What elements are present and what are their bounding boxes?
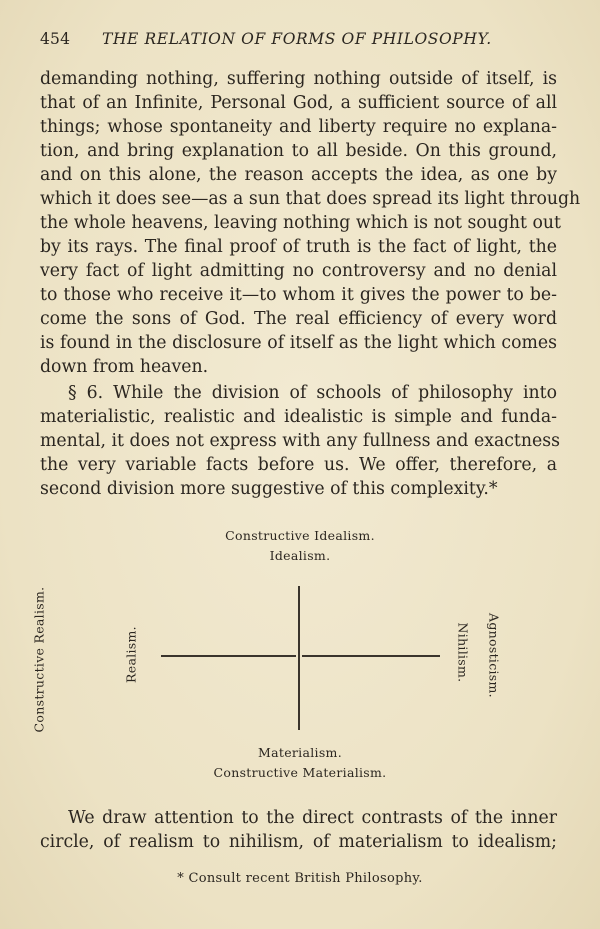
text-line: the whole heavens, leaving nothing which… bbox=[40, 211, 557, 235]
running-title: THE RELATION OF FORMS OF PHILOSOPHY. bbox=[102, 30, 492, 48]
text-line: second division more suggestive of this … bbox=[40, 477, 557, 501]
text-line: come the sons of God. The real efficienc… bbox=[40, 307, 557, 331]
text-line: down from heaven. bbox=[40, 355, 557, 379]
horizontal-axis-line-right bbox=[302, 655, 440, 657]
text-line: We draw attention to the direct contrast… bbox=[68, 806, 557, 830]
text-line: mental, it does not express with any ful… bbox=[40, 429, 557, 453]
page-number: 454 bbox=[40, 30, 70, 48]
text-line: circle, of realism to nihilism, of mater… bbox=[40, 830, 557, 854]
label-agnosticism: Agnosticism. bbox=[487, 601, 502, 711]
label-constructive-realism: Constructive Realism. bbox=[32, 580, 47, 740]
vertical-axis-line bbox=[298, 586, 300, 730]
philosophy-diagram: Constructive Idealism. Idealism. Constru… bbox=[0, 520, 600, 790]
text-line: is found in the disclosure of itself as … bbox=[40, 331, 557, 355]
text-line: to those who receive it—to whom it gives… bbox=[40, 283, 557, 307]
text-line: by its rays. The final proof of truth is… bbox=[40, 235, 557, 259]
horizontal-axis-line-left bbox=[161, 655, 296, 657]
running-header: 454 THE RELATION OF FORMS OF PHILOSOPHY. bbox=[40, 30, 560, 54]
text-line: materialistic, realistic and idealistic … bbox=[40, 405, 557, 429]
text-line: which it does see—as a sun that does spr… bbox=[40, 187, 557, 211]
text-line: tion, and bring explanation to all besid… bbox=[40, 139, 557, 163]
text-line: that of an Infinite, Personal God, a suf… bbox=[40, 91, 557, 115]
label-nihilism: Nihilism. bbox=[456, 613, 471, 693]
label-materialism: Materialism. bbox=[0, 745, 600, 760]
book-page: 454 THE RELATION OF FORMS OF PHILOSOPHY.… bbox=[0, 0, 600, 929]
text-line: § 6. While the division of schools of ph… bbox=[68, 381, 557, 405]
label-constructive-materialism: Constructive Materialism. bbox=[0, 765, 600, 780]
text-line: and on this alone, the reason accepts th… bbox=[40, 163, 557, 187]
label-realism: Realism. bbox=[124, 615, 139, 695]
label-constructive-idealism: Constructive Idealism. bbox=[0, 528, 600, 543]
text-line: very fact of light admitting no controve… bbox=[40, 259, 557, 283]
label-idealism: Idealism. bbox=[0, 548, 600, 563]
text-line: things; whose spontaneity and liberty re… bbox=[40, 115, 557, 139]
footnote: * Consult recent British Philosophy. bbox=[0, 871, 600, 886]
text-line: demanding nothing, suffering nothing out… bbox=[40, 67, 557, 91]
text-line: the very variable facts before us. We of… bbox=[40, 453, 557, 477]
